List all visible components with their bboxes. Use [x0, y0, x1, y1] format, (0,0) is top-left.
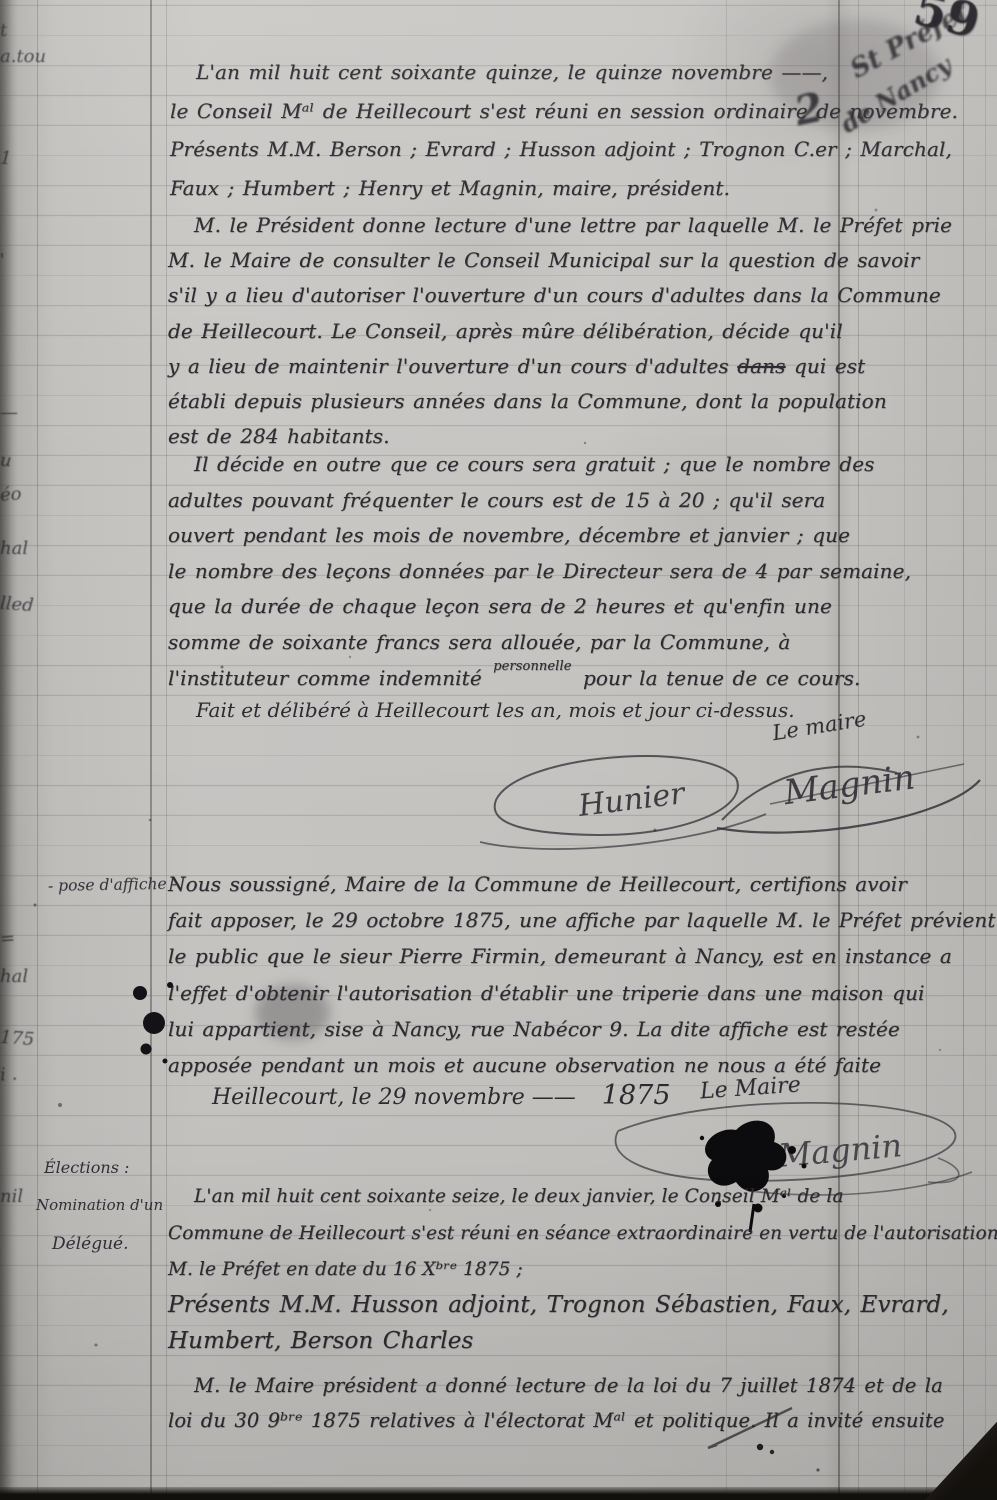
scan-bottom-edge [0, 1487, 997, 1500]
manuscript-page: 59 2 St Préfet de Nancy ta.tou1'—uéohall… [0, 0, 997, 1500]
ink-specks [0, 0, 997, 1500]
binding-edge-shadow [0, 0, 18, 1500]
